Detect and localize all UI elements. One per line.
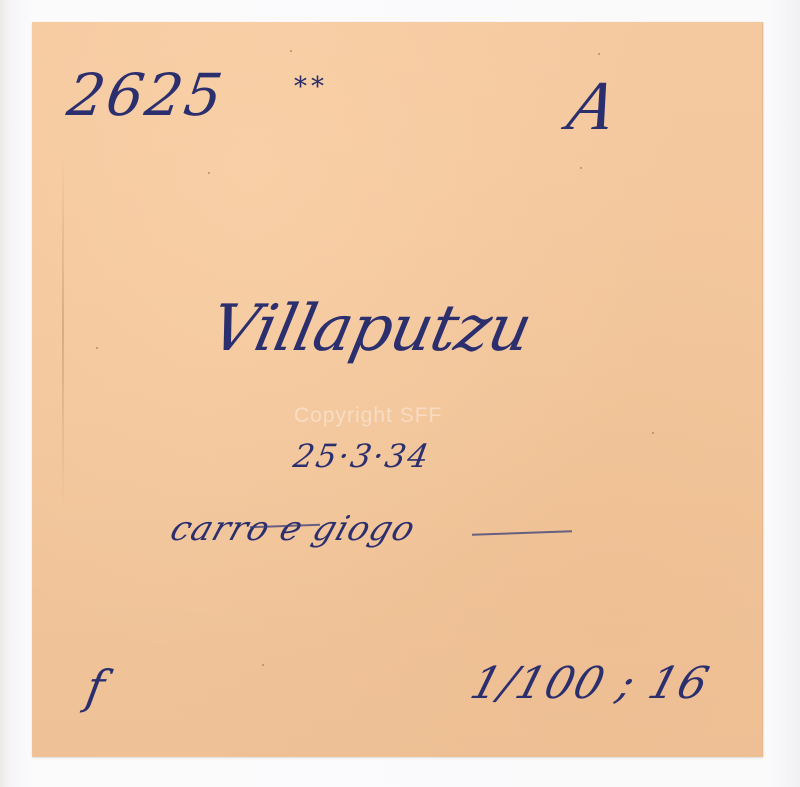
label-paper: 2625 ** A Villaputzu Copyright SFF 25·3·… bbox=[32, 22, 763, 757]
category-letter: A bbox=[561, 72, 621, 142]
copyright-watermark: Copyright SFF bbox=[294, 404, 442, 428]
scan-background: 2625 ** A Villaputzu Copyright SFF 25·3·… bbox=[0, 0, 800, 787]
paper-speck bbox=[290, 50, 292, 52]
paper-fold-line bbox=[62, 152, 64, 512]
exposure-settings: 1/100 ; 16 bbox=[466, 662, 714, 706]
paper-speck bbox=[208, 172, 210, 174]
paper-speck bbox=[598, 53, 600, 55]
paper-speck bbox=[96, 347, 98, 349]
date: 25·3·34 bbox=[291, 440, 433, 472]
corner-mark: f bbox=[83, 664, 108, 710]
adjacent-page-edge bbox=[0, 0, 10, 787]
paper-speck bbox=[652, 432, 654, 434]
subject-flourish-right bbox=[472, 530, 572, 535]
catalog-number: 2625 bbox=[64, 66, 228, 124]
place-name: Villaputzu bbox=[205, 297, 536, 361]
paper-speck bbox=[580, 167, 582, 169]
catalog-star-marks: ** bbox=[294, 74, 328, 100]
subject-description: carro e giogo bbox=[166, 512, 419, 546]
paper-speck bbox=[262, 664, 264, 666]
